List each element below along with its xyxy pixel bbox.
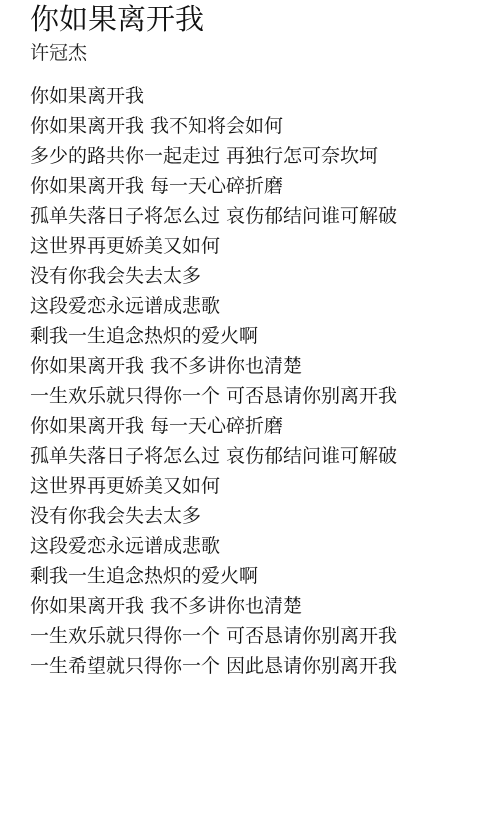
lyric-line: 剩我一生追念热炽的爱火啊 [30,321,397,351]
lyric-line: 你如果离开我 每一天心碎折磨 [30,411,397,441]
lyric-line: 一生希望就只得你一个 因此恳请你别离开我 [30,651,397,681]
lyric-line: 你如果离开我 每一天心碎折磨 [30,171,397,201]
lyric-line: 这世界再更娇美又如何 [30,471,397,501]
lyric-line: 你如果离开我 [30,81,397,111]
lyric-line: 一生欢乐就只得你一个 可否恳请你别离开我 [30,381,397,411]
lyric-line: 孤单失落日子将怎么过 哀伤郁结问谁可解破 [30,441,397,471]
lyric-line: 没有你我会失去太多 [30,501,397,531]
lyric-line: 这段爱恋永远谱成悲歌 [30,291,397,321]
lyric-line: 一生欢乐就只得你一个 可否恳请你别离开我 [30,621,397,651]
lyric-line: 多少的路共你一起走过 再独行怎可奈坎坷 [30,141,397,171]
lyric-line: 孤单失落日子将怎么过 哀伤郁结问谁可解破 [30,201,397,231]
lyric-line: 你如果离开我 我不多讲你也清楚 [30,591,397,621]
lyric-line: 剩我一生追念热炽的爱火啊 [30,561,397,591]
lyric-line: 你如果离开我 我不知将会如何 [30,111,397,141]
lyric-line: 这世界再更娇美又如何 [30,231,397,261]
song-artist: 许冠杰 [30,41,87,65]
lyrics-list: 你如果离开我 你如果离开我 我不知将会如何 多少的路共你一起走过 再独行怎可奈坎… [30,81,397,681]
song-title: 你如果离开我 [30,2,204,36]
lyric-line: 没有你我会失去太多 [30,261,397,291]
lyric-line: 你如果离开我 我不多讲你也清楚 [30,351,397,381]
lyric-line: 这段爱恋永远谱成悲歌 [30,531,397,561]
